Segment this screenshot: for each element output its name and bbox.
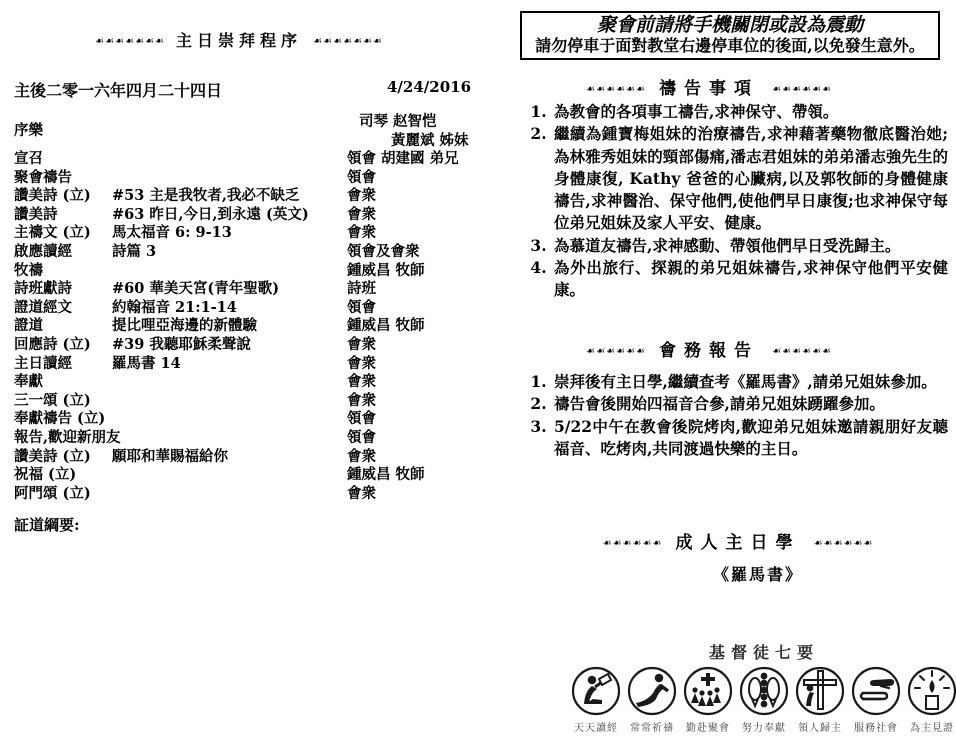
pianist-block: 司琴 赵智恺 黃麗斌 姊妹 [347, 112, 478, 150]
program-content: 願耶和華賜福給你 [112, 448, 347, 467]
program-row: 回應詩 (立)#39 我聽耶穌柔聲說會衆 [0, 336, 478, 355]
program-who: 會衆 [347, 392, 478, 411]
program-content [112, 429, 347, 448]
program-who: 領會 [347, 410, 478, 429]
program-who: 會衆 [347, 448, 478, 467]
program-row: 主禱文 (立)馬太福音 6: 9-13會衆 [0, 224, 478, 243]
seven-essentials-icons-row: 天天讀經 常常祈禱 [568, 666, 956, 734]
program-item-label: 宣召 [14, 150, 112, 169]
program-content [112, 150, 347, 169]
candle-witness-icon [907, 666, 956, 716]
program-row: 奉獻會衆 [0, 373, 478, 392]
program-content: 約翰福音 21:1-14 [112, 299, 347, 318]
announcements-section-header: ☙☙☙☙☙☙ 會務報告 ☙☙☙☙☙☙ [478, 336, 940, 361]
program-item-label: 啟應讀經 [14, 243, 112, 262]
program-who: 會衆 [347, 355, 478, 374]
program-who: 詩班 [347, 280, 478, 299]
program-item-label: 序樂 [14, 112, 112, 150]
pianist-line1: 司琴 赵智恺 [347, 113, 478, 132]
essential-item: 天天讀經 [570, 666, 623, 734]
program-item-label: 奉獻 [14, 373, 112, 392]
program-who: 鍾威昌 牧師 [347, 317, 478, 336]
program-content: #39 我聽耶穌柔聲說 [112, 336, 347, 355]
program-item-label: 詩班獻詩 [14, 280, 112, 299]
program-content: 提比哩亞海邊的新體驗 [112, 317, 347, 336]
program-item-label: 回應詩 (立) [14, 336, 112, 355]
announcement-item: 5/22中午在教會後院烤肉,歡迎弟兄姐妹邀請親朋好友聼福音、吃烤肉,共同渡過快樂… [552, 416, 948, 461]
announcement-item: 禱告會後開始四福音合參,請弟兄姐妹踴躍參加。 [552, 393, 948, 415]
essential-label: 服務社會 [854, 719, 898, 734]
seven-essentials-title: 基督徒七要 [568, 640, 956, 663]
essential-item: 常常祈禱 [626, 666, 679, 734]
ornament-chain-right-icon: ☙☙☙☙☙☙☙ [313, 36, 383, 47]
church-bulletin-page: ☙☙☙☙☙☙☙ 主日崇拜程序 ☙☙☙☙☙☙☙ 主後二零一六年四月二十四日 4/2… [0, 0, 956, 739]
sermon-outline-label: 証道綱要: [14, 514, 80, 535]
program-row: 證道提比哩亞海邊的新體驗鍾威昌 牧師 [0, 317, 478, 336]
sunday-school-header: ☙☙☙☙☙☙ 成人主日學 ☙☙☙☙☙☙ [518, 528, 956, 553]
program-who: 領會 [347, 299, 478, 318]
program-item-label: 聚會禱告 [14, 169, 112, 188]
program-row: 牧禱鍾威昌 牧師 [0, 262, 478, 281]
program-who: 領會 [347, 429, 478, 448]
program-row: 聚會禱告領會 [0, 169, 478, 188]
prayer-item: 繼續為鍾寶梅姐妹的治療禱告,求神藉著藥物徹底醫治她;為林雅秀姐妹的頸部傷痛,潘志… [552, 123, 948, 234]
program-content [112, 262, 347, 281]
program-who: 鍾威昌 牧師 [347, 466, 478, 485]
program-row: 主日讀經羅馬書 14會衆 [0, 355, 478, 374]
phone-notice: 聚會前請將手機關閉或設為震動 [526, 14, 934, 36]
ornament-chain-left-icon: ☙☙☙☙☙☙☙ [95, 36, 165, 47]
prayer-items-list: 為教會的各項事工禱告,求神保守、帶領。 繼續為鍾寶梅姐妹的治療禱告,求神藉著藥物… [526, 101, 948, 302]
essential-label: 常常祈禱 [630, 719, 674, 734]
announcement-item: 崇拜後有主日學,繼續查考《羅馬書》,請弟兄姐妹參加。 [552, 371, 948, 393]
prayer-section-header: ☙☙☙☙☙☙ 禱告事項 ☙☙☙☙☙☙ [478, 74, 940, 99]
person-with-cross-icon [795, 666, 845, 716]
program-who: 領會 [347, 169, 478, 188]
program-content [112, 392, 347, 411]
essential-label: 勤赴聚會 [686, 719, 730, 734]
prayer-section-title: 禱告事項 [659, 79, 759, 99]
program-item-label: 三一頌 (立) [14, 392, 112, 411]
announcements-column: 聚會前請將手機關閉或設為震動 請勿停車于面對教堂右邊停車位的後面,以免發生意外。… [478, 0, 956, 739]
notice-box: 聚會前請將手機關閉或設為震動 請勿停車于面對教堂右邊停車位的後面,以免發生意外。 [520, 11, 940, 60]
program-content [112, 485, 347, 504]
program-row: 讚美詩 (立)願耶和華賜福給你會衆 [0, 448, 478, 467]
program-row: 阿門頌 (立)會衆 [0, 485, 478, 504]
essential-item: 服務社會 [850, 666, 903, 734]
program-who: 會衆 [347, 373, 478, 392]
program-row: 啟應讀經詩篇 3領會及會衆 [0, 243, 478, 262]
serving-hands-icon [851, 666, 901, 716]
program-row: 報告,歡迎新朋友領會 [0, 429, 478, 448]
ornament-chain-right-icon: ☙☙☙☙☙☙ [772, 84, 832, 95]
program-item-label: 報告,歡迎新朋友 [14, 429, 112, 448]
ornament-chain-right-icon: ☙☙☙☙☙☙ [772, 346, 832, 357]
program-content: 馬太福音 6: 9-13 [112, 224, 347, 243]
read-bible-icon [571, 666, 621, 716]
program-content: 羅馬書 14 [112, 355, 347, 374]
program-content: #60 華美天宮(青年聖歌) [112, 280, 347, 299]
program-row: 序樂 司琴 赵智恺 黃麗斌 姊妹 [0, 112, 478, 150]
program-content [112, 169, 347, 188]
sunday-school-title: 成人主日學 [676, 533, 801, 553]
program-who: 會衆 [347, 187, 478, 206]
announcements-section-title: 會務報告 [659, 341, 759, 361]
prayer-item: 為外出旅行、探親的弟兄姐妹禱告,求神保守他們平安健康。 [552, 257, 948, 302]
program-row: 詩班獻詩#60 華美天宮(青年聖歌)詩班 [0, 280, 478, 299]
essential-item: 為主見證 [906, 666, 956, 734]
program-content: #63 昨日,今日,到永遠 (英文) [112, 206, 347, 225]
program-row: 宣召領會 胡建國 弟兄 [0, 150, 478, 169]
ornament-chain-left-icon: ☙☙☙☙☙☙ [586, 84, 646, 95]
date-numeric: 4/24/2016 [387, 78, 471, 96]
pianist-line2: 黃麗斌 姊妹 [347, 132, 478, 151]
program-who: 會衆 [347, 336, 478, 355]
date-row: 主後二零一六年四月二十四日 4/24/2016 [14, 78, 464, 98]
program-who: 領會及會衆 [347, 243, 478, 262]
announcement-items-list: 崇拜後有主日學,繼續查考《羅馬書》,請弟兄姐妹參加。 禱告會後開始四福音合參,請… [526, 371, 948, 460]
program-item-label: 主日讀經 [14, 355, 112, 374]
program-content [112, 410, 347, 429]
program-content [112, 466, 347, 485]
program-row: 三一頌 (立)會衆 [0, 392, 478, 411]
ornament-chain-left-icon: ☙☙☙☙☙☙ [586, 346, 646, 357]
program-row: 讚美詩 (立)#53 主是我牧者,我必不缺乏會衆 [0, 187, 478, 206]
seven-essentials-block: 基督徒七要 天天讀經 [568, 640, 956, 734]
program-content [112, 373, 347, 392]
program-title-row: ☙☙☙☙☙☙☙ 主日崇拜程序 ☙☙☙☙☙☙☙ [0, 28, 478, 51]
essential-item: 領人歸主 [794, 666, 847, 734]
sunday-school-book-title: 《羅馬書》 [538, 562, 956, 585]
prayer-item: 為慕道友禱告,求神感動、帶領他們早日受洗歸主。 [552, 235, 948, 257]
program-item-label: 證道 [14, 317, 112, 336]
program-table: 序樂 司琴 赵智恺 黃麗斌 姊妹 宣召領會 胡建國 弟兄 聚會禱告領會 讚美詩 … [0, 112, 478, 503]
prayer-item: 為教會的各項事工禱告,求神保守、帶領。 [552, 101, 948, 123]
program-item-label: 牧禱 [14, 262, 112, 281]
essential-item: 努力奉獻 [738, 666, 791, 734]
program-item-label: 主禱文 (立) [14, 224, 112, 243]
program-item-label: 證道經文 [14, 299, 112, 318]
program-who: 會衆 [347, 224, 478, 243]
program-who: 領會 胡建國 弟兄 [347, 150, 478, 169]
page-title: 主日崇拜程序 [176, 31, 302, 50]
program-item-label: 讚美詩 (立) [14, 448, 112, 467]
program-item-label: 讚美詩 [14, 206, 112, 225]
program-item-label: 祝福 (立) [14, 466, 112, 485]
ornament-chain-left-icon: ☙☙☙☙☙☙ [603, 538, 663, 549]
essential-label: 天天讀經 [574, 719, 618, 734]
program-row: 奉獻禱告 (立)領會 [0, 410, 478, 429]
essential-label: 為主見證 [910, 719, 954, 734]
program-item-label: 奉獻禱告 (立) [14, 410, 112, 429]
program-item-label: 阿門頌 (立) [14, 485, 112, 504]
program-row: 祝福 (立)鍾威昌 牧師 [0, 466, 478, 485]
program-who: 鍾威昌 牧師 [347, 262, 478, 281]
ornament-chain-right-icon: ☙☙☙☙☙☙ [814, 538, 874, 549]
parking-notice: 請勿停車于面對教堂右邊停車位的後面,以免發生意外。 [526, 36, 934, 55]
program-content: 詩篇 3 [112, 243, 347, 262]
essential-item: 勤赴聚會 [682, 666, 735, 734]
date-chinese: 主後二零一六年四月二十四日 [14, 81, 222, 100]
fish-coins-offering-icon [739, 666, 789, 716]
essential-label: 領人歸主 [798, 719, 842, 734]
program-item-label: 讚美詩 (立) [14, 187, 112, 206]
praying-person-icon [627, 666, 677, 716]
congregation-cross-icon [683, 666, 733, 716]
program-row: 讚美詩#63 昨日,今日,到永遠 (英文)會衆 [0, 206, 478, 225]
program-who: 會衆 [347, 206, 478, 225]
essential-label: 努力奉獻 [742, 719, 786, 734]
program-who: 會衆 [347, 485, 478, 504]
worship-program-column: ☙☙☙☙☙☙☙ 主日崇拜程序 ☙☙☙☙☙☙☙ 主後二零一六年四月二十四日 4/2… [0, 0, 478, 739]
program-row: 證道經文約翰福音 21:1-14領會 [0, 299, 478, 318]
program-content: #53 主是我牧者,我必不缺乏 [112, 187, 347, 206]
